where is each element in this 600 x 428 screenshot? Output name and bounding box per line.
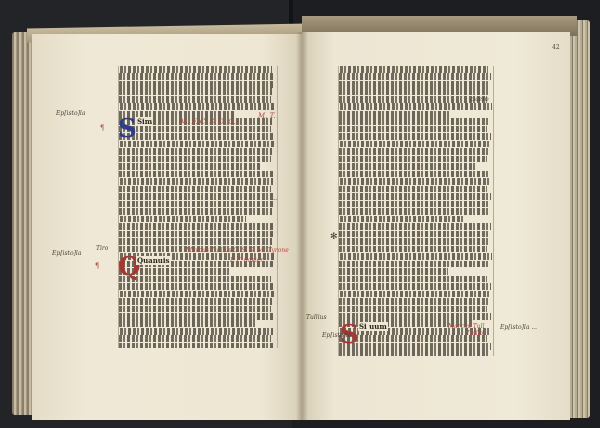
text-line [120, 103, 276, 110]
margin-note-left-1: Ep[isto]la [56, 110, 85, 117]
rubric-right-1: Marcus Tull [448, 323, 485, 330]
text-line [339, 163, 476, 170]
rubric-left-3: Marcus Tullius C. S. D. M. Tyrone [186, 247, 289, 254]
text-line [120, 328, 273, 335]
rubric-left-1: M. F. C. S. D. G. [180, 118, 236, 126]
text-line [339, 238, 488, 245]
text-line [339, 73, 491, 80]
text-line [339, 306, 487, 313]
text-line [120, 216, 246, 223]
text-line [340, 253, 492, 260]
rubric-left-2: M. T. [258, 112, 275, 120]
margin-note-left-3: Tiro [96, 245, 108, 252]
text-line [119, 171, 274, 178]
text-line [339, 343, 491, 350]
text-line [339, 186, 487, 193]
manicule-flower-mark: ✻ [330, 232, 338, 242]
margin-note-right-4: cicero [470, 96, 489, 103]
text-line [340, 178, 489, 185]
text-line [339, 133, 491, 140]
text-line [339, 298, 488, 305]
text-line [119, 343, 275, 348]
text-line [339, 201, 490, 208]
margin-note-left-2: Ep[isto]la [52, 250, 81, 257]
folio-number: 42 [552, 44, 560, 51]
text-line [119, 163, 260, 170]
text-line [120, 141, 275, 148]
red-paragraph-mark-2: ¶ [95, 262, 99, 270]
red-paragraph-mark: ¶ [100, 124, 104, 132]
margin-note-right-1: Ep[isto]la ... [500, 324, 537, 331]
decorated-initial-blue: S [118, 116, 137, 142]
text-line [120, 178, 273, 185]
text-line [339, 81, 490, 88]
text-line [339, 268, 448, 275]
open-manuscript [12, 12, 590, 420]
gutter-shadow [296, 32, 308, 420]
text-line [119, 96, 271, 103]
text-line [119, 201, 274, 208]
left-text-column [118, 66, 278, 348]
text-line [339, 118, 488, 125]
text-line [119, 306, 271, 313]
text-line [119, 156, 271, 163]
text-line [119, 126, 271, 133]
text-line [339, 193, 491, 200]
text-line [119, 223, 275, 230]
text-line [119, 313, 275, 320]
text-line [119, 88, 272, 95]
text-line [339, 111, 451, 118]
text-line [119, 81, 274, 88]
heading-right-1: Si uum [358, 322, 388, 331]
text-line [339, 126, 487, 133]
rubric-right-2: Tullio [466, 330, 483, 337]
margin-note-right-2: Tullius [306, 314, 327, 321]
text-line [120, 66, 272, 73]
text-line [339, 231, 490, 238]
text-line [119, 298, 272, 305]
text-line [119, 73, 275, 80]
text-line [339, 96, 487, 103]
text-line [119, 193, 275, 200]
heading-left-2: Quanuis [136, 256, 171, 265]
text-line [120, 291, 275, 298]
text-line [339, 208, 488, 215]
text-line [339, 246, 487, 253]
text-line [339, 88, 488, 95]
text-line [339, 156, 487, 163]
text-line [119, 238, 272, 245]
text-line [339, 335, 487, 342]
text-line [340, 103, 492, 110]
text-line [339, 261, 490, 268]
text-line [119, 283, 275, 290]
text-line [339, 148, 488, 155]
right-text-column [338, 66, 494, 356]
text-line [119, 148, 272, 155]
text-line [119, 320, 256, 327]
text-line [339, 223, 491, 230]
text-line [340, 141, 491, 148]
text-line [339, 350, 490, 356]
text-line [339, 283, 491, 290]
text-line [339, 276, 487, 283]
margin-note-right-3: Ep[isto]la [322, 332, 351, 339]
page-edges-right [570, 20, 590, 418]
text-line [340, 216, 463, 223]
text-line [340, 66, 488, 73]
text-line [119, 231, 274, 238]
text-line [119, 208, 272, 215]
text-line [119, 276, 271, 283]
text-line [119, 335, 271, 342]
text-line [339, 313, 491, 320]
text-line [340, 291, 491, 298]
text-line [339, 171, 490, 178]
page-edges-left [12, 32, 34, 415]
margin-note-left-4: ... [272, 195, 278, 202]
text-line [119, 186, 271, 193]
text-line [119, 133, 275, 140]
heading-left-1: Sim [136, 117, 153, 126]
rubric-left-4: P. F. noster [230, 257, 263, 264]
